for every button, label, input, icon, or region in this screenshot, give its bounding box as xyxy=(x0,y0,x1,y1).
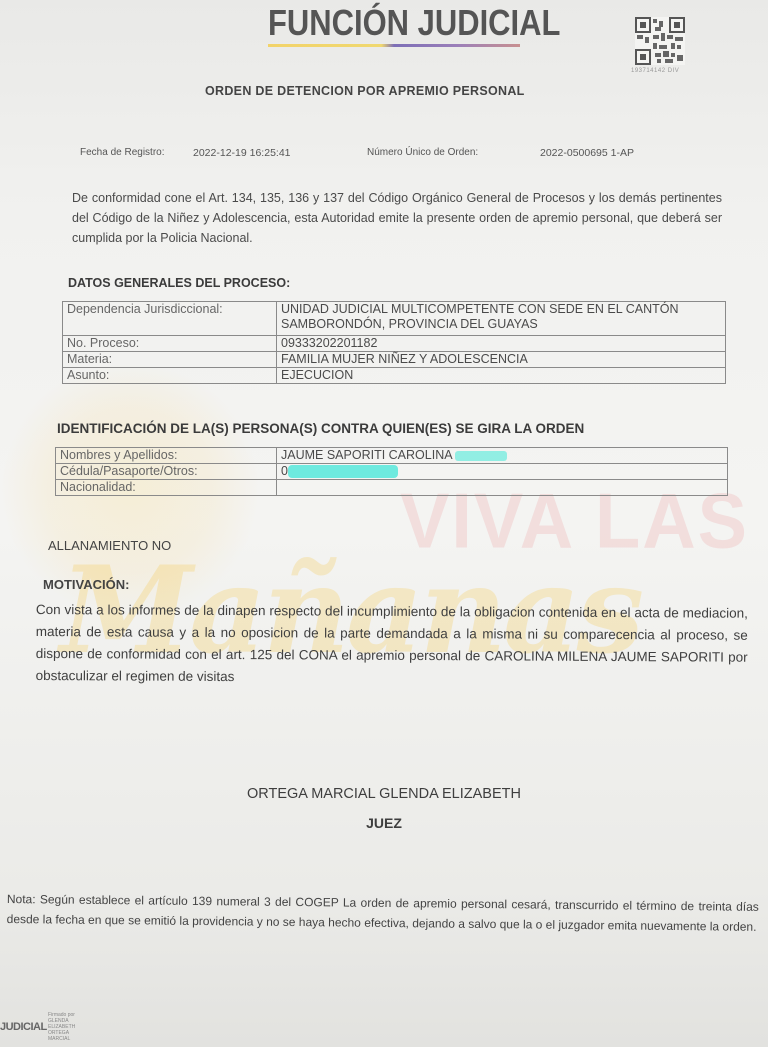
table-row: No. Proceso: 09333202201182 xyxy=(63,336,726,352)
table-row: Dependencia Jurisdiccional: UNIDAD JUDIC… xyxy=(63,302,726,336)
fecha-registro-label: Fecha de Registro: xyxy=(80,147,165,158)
intro-paragraph: De conformidad cone el Art. 134, 135, 13… xyxy=(72,188,722,248)
table-label: Nacionalidad: xyxy=(56,480,277,496)
table-label: Cédula/Pasaporte/Otros: xyxy=(56,464,277,480)
table-label: Dependencia Jurisdiccional: xyxy=(63,302,277,336)
person-name: JAUME SAPORITI CAROLINA xyxy=(281,448,452,462)
allanamiento-status: ALLANAMIENTO NO xyxy=(48,538,171,553)
table-value: EJECUCION xyxy=(277,368,726,384)
motivacion-body: Con vista a los informes de la dinapen r… xyxy=(36,599,748,691)
table-value: UNIDAD JUDICIAL MULTICOMPETENTE CON SEDE… xyxy=(277,302,726,336)
table-label: Materia: xyxy=(63,352,277,368)
judge-role: JUEZ xyxy=(0,815,768,831)
judge-name: ORTEGA MARCIAL GLENDA ELIZABETH xyxy=(0,786,768,802)
id-number: 0 xyxy=(281,464,288,478)
document-title: ORDEN DE DETENCION POR APREMIO PERSONAL xyxy=(205,84,525,98)
qr-caption: 193714142 DIV xyxy=(631,68,679,74)
table-value xyxy=(277,480,728,496)
redaction-mark xyxy=(455,451,507,461)
table-row: Nombres y Apellidos: JAUME SAPORITI CARO… xyxy=(56,448,728,464)
brand-logo: FUNCIÓN JUDICIAL xyxy=(268,2,560,44)
persona-heading: IDENTIFICACIÓN DE LA(S) PERSONA(S) CONTR… xyxy=(57,421,584,436)
brand-underline xyxy=(268,44,520,47)
table-label: Nombres y Apellidos: xyxy=(56,448,277,464)
qr-code-icon xyxy=(635,17,685,65)
table-label: No. Proceso: xyxy=(63,336,277,352)
proceso-table: Dependencia Jurisdiccional: UNIDAD JUDIC… xyxy=(62,301,726,384)
persona-table: Nombres y Apellidos: JAUME SAPORITI CARO… xyxy=(55,447,728,496)
numero-orden-label: Número Único de Orden: xyxy=(367,147,478,158)
table-row: Asunto: EJECUCION xyxy=(63,368,726,384)
table-value: 0 xyxy=(277,464,728,480)
motivacion-heading: MOTIVACIÓN: xyxy=(43,577,129,592)
nota-paragraph: Nota: Según establece el artículo 139 nu… xyxy=(7,889,759,937)
table-row: Materia: FAMILIA MUJER NIÑEZ Y ADOLESCEN… xyxy=(63,352,726,368)
numero-orden-value: 2022-0500695 1-AP xyxy=(540,147,634,159)
table-row: Cédula/Pasaporte/Otros: 0 xyxy=(56,464,728,480)
footer-signature: Firmado por GLENDA ELIZABETH ORTEGA MARC… xyxy=(48,1012,88,1042)
fecha-registro-value: 2022-12-19 16:25:41 xyxy=(193,147,291,159)
table-row: Nacionalidad: xyxy=(56,480,728,496)
table-label: Asunto: xyxy=(63,368,277,384)
table-value: FAMILIA MUJER NIÑEZ Y ADOLESCENCIA xyxy=(277,352,726,368)
redaction-mark xyxy=(288,465,398,478)
table-value: 09333202201182 xyxy=(277,336,726,352)
table-value: JAUME SAPORITI CAROLINA xyxy=(277,448,728,464)
proceso-heading: DATOS GENERALES DEL PROCESO: xyxy=(68,276,290,290)
document-page: VIVA LAS Mañanas FUNCIÓN JUDICIAL 193714… xyxy=(0,0,768,1047)
footer-brand: JUDICIAL xyxy=(0,1021,47,1033)
